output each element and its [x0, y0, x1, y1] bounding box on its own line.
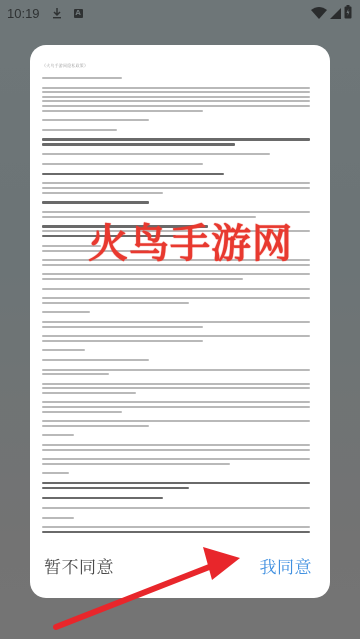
- document-text-line: [42, 392, 136, 394]
- document-text-line: [42, 273, 310, 275]
- document-text-line: [42, 87, 310, 89]
- paragraph-gap: [42, 82, 310, 87]
- document-text-line: [42, 288, 310, 290]
- status-left: 10:19 A: [7, 4, 83, 23]
- paragraph-gap: [42, 283, 310, 288]
- wifi-icon: [311, 4, 327, 23]
- paragraph-gap: [42, 378, 310, 383]
- document-text-line: [42, 278, 243, 280]
- document-text-line: [42, 77, 122, 79]
- download-icon: [52, 4, 62, 23]
- document-text-line: [42, 192, 163, 194]
- document-text-line: [42, 531, 310, 533]
- document-text-line: [42, 434, 74, 436]
- document-text-line: [42, 463, 230, 465]
- dialog-actions: 暂不同意 我同意: [30, 535, 330, 595]
- document-text-line: [42, 349, 85, 351]
- disagree-button[interactable]: 暂不同意: [44, 553, 114, 578]
- document-text-line: [42, 472, 69, 474]
- cellular-signal-icon: [330, 4, 341, 23]
- document-text-line: [42, 335, 310, 337]
- document-text-line: [42, 211, 310, 213]
- document-text-line: [42, 129, 117, 131]
- paragraph-gap: [42, 364, 310, 369]
- document-title: 《火鸟手游网隐私政策》: [42, 63, 310, 69]
- document-text-line: [42, 482, 310, 484]
- document-text-line: [42, 153, 270, 155]
- document-text-line: [42, 420, 310, 422]
- paragraph-gap: [42, 168, 310, 173]
- paragraph-gap: [42, 429, 310, 434]
- document-text-line: [42, 526, 310, 528]
- document-text-line: [42, 163, 203, 165]
- document-text-line: [42, 96, 310, 98]
- document-body: [42, 77, 310, 533]
- document-text-line: [42, 110, 203, 112]
- paragraph-gap: [42, 512, 310, 517]
- privacy-dialog: 《火鸟手游网隐私政策》 暂不同意 我同意: [30, 45, 330, 598]
- document-text-line: [42, 497, 163, 499]
- document-text-line: [42, 411, 122, 413]
- document-text-line: [42, 373, 109, 375]
- document-text-line: [42, 143, 235, 145]
- paragraph-gap: [42, 467, 310, 472]
- document-text-line: [42, 326, 203, 328]
- document-text-line: [42, 173, 224, 175]
- document-text-line: [42, 138, 310, 140]
- battery-charging-icon: [344, 4, 352, 23]
- document-text-line: [42, 187, 310, 189]
- document-text-line: [42, 458, 310, 460]
- document-text-line: [42, 401, 310, 403]
- document-text-line: [42, 321, 310, 323]
- document-text-line: [42, 297, 310, 299]
- document-text-line: [42, 449, 310, 451]
- document-text-line: [42, 182, 310, 184]
- document-text-line: [42, 359, 149, 361]
- document-text-line: [42, 105, 310, 107]
- status-time: 10:19: [7, 6, 40, 21]
- document-text-line: [42, 487, 189, 489]
- document-text-line: [42, 406, 310, 408]
- agree-button[interactable]: 我同意: [260, 553, 313, 578]
- status-right: [311, 4, 352, 23]
- document-text-line: [42, 100, 310, 102]
- status-bar: 10:19 A: [0, 0, 360, 26]
- document-text-line: [42, 387, 310, 389]
- document-text-line: [42, 216, 256, 218]
- document-text-line: [42, 302, 189, 304]
- document-text-line: [42, 444, 310, 446]
- document-text-line: [42, 201, 149, 203]
- document-text-line: [42, 425, 149, 427]
- document-text-line: [42, 119, 149, 121]
- document-text-line: [42, 91, 310, 93]
- document-text-line: [42, 311, 90, 313]
- document-text-line: [42, 517, 74, 519]
- privacy-policy-document[interactable]: 《火鸟手游网隐私政策》: [42, 63, 310, 533]
- document-text-line: [42, 369, 310, 371]
- watermark-text: 火鸟手游网: [88, 221, 280, 267]
- a-badge-icon: A: [74, 9, 83, 18]
- document-text-line: [42, 507, 310, 509]
- document-text-line: [42, 340, 203, 342]
- document-text-line: [42, 383, 310, 385]
